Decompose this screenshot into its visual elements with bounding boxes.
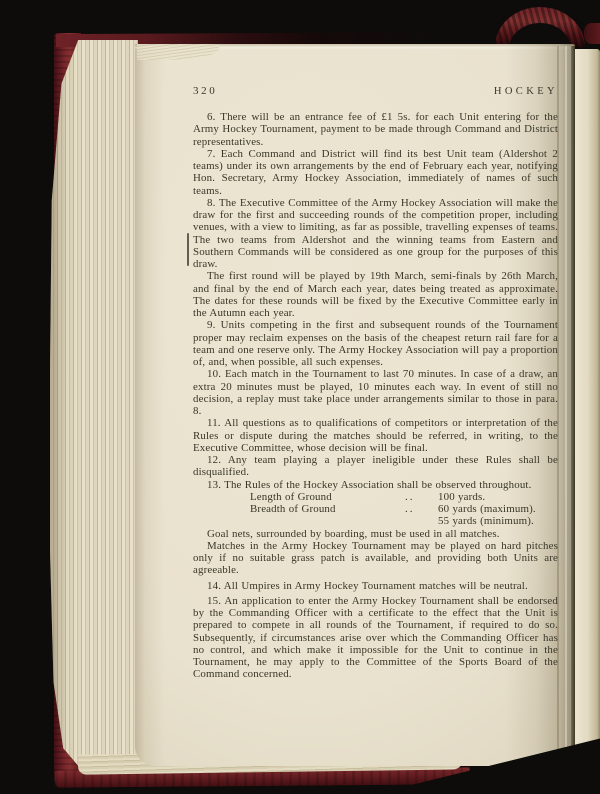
- paragraph-rule-8-continuation: The first round will be played by 19th M…: [193, 270, 558, 319]
- paragraph-rule-9: 9. Units competing in the first and subs…: [193, 319, 558, 368]
- paragraph-rule-14: 14. All Umpires in Army Hockey Tournamen…: [193, 580, 558, 592]
- table-cell-label: [250, 515, 405, 527]
- paragraph-rule-12: 12. Any team playing a player ineligible…: [193, 454, 558, 479]
- paragraph-goal-nets: Goal nets, surrounded by boarding, must …: [193, 528, 558, 540]
- margin-pencil-mark: [187, 233, 189, 266]
- table-row: 55 yards (minimum).: [193, 515, 558, 527]
- paragraph-hard-pitches: Matches in the Army Hockey Tournament ma…: [193, 540, 558, 577]
- paragraph-rule-10: 10. Each match in the Tournament to last…: [193, 368, 558, 417]
- paragraph-rule-11: 11. All questions as to qualifications o…: [193, 417, 558, 454]
- paragraph-rule-15: 15. An application to enter the Army Hoc…: [193, 595, 558, 681]
- book-headband-fragment: [584, 23, 600, 44]
- paragraph-rule-8: 8. The Executive Committee of the Army H…: [193, 197, 558, 271]
- next-page-edge: [575, 49, 600, 751]
- table-cell-value: 60 yards (maximum).: [438, 503, 558, 515]
- page-left-shadow: [135, 44, 165, 766]
- paragraph-rule-7: 7. Each Command and District will find i…: [193, 148, 558, 197]
- running-header: HOCKEY: [494, 86, 558, 97]
- table-row: Length of Ground .. 100 yards.: [193, 491, 558, 503]
- page-header: 320 HOCKEY: [193, 85, 558, 97]
- table-cell-label: Breadth of Ground: [250, 503, 405, 515]
- table-cell-dots: ..: [405, 491, 438, 503]
- printed-page-content: 320 HOCKEY 6. There will be an entrance …: [193, 85, 558, 681]
- book-headband: [495, 7, 585, 47]
- table-cell-dots: [405, 515, 438, 527]
- page-number: 320: [193, 85, 217, 97]
- table-cell-dots: ..: [405, 503, 438, 515]
- page-fore-edges: [50, 40, 138, 770]
- ground-dimensions-table: Length of Ground .. 100 yards. Breadth o…: [193, 491, 558, 528]
- paragraph-rule-13: 13. The Rules of the Hockey Association …: [193, 479, 558, 491]
- table-row: Breadth of Ground .. 60 yards (maximum).: [193, 503, 558, 515]
- table-cell-value: 100 yards.: [438, 491, 558, 503]
- paragraph-rule-6: 6. There will be an entrance fee of £1 5…: [193, 111, 558, 148]
- table-cell-value: 55 yards (minimum).: [438, 515, 558, 527]
- table-cell-label: Length of Ground: [250, 491, 405, 503]
- gutter-crease-highlight: [565, 46, 567, 762]
- rules-text: 6. There will be an entrance fee of £1 5…: [193, 111, 558, 681]
